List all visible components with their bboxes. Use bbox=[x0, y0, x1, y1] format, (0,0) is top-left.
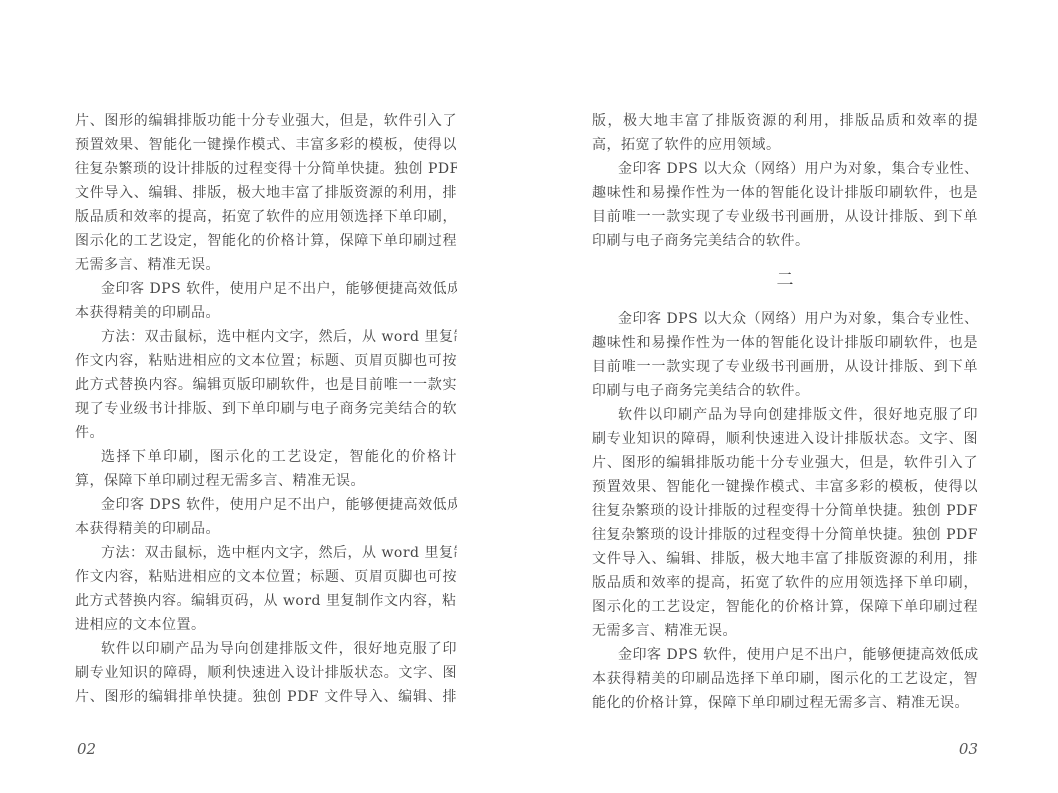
text-line: 往复杂繁琐的设计排版的过程变得十分简单快捷。独创 PDF bbox=[592, 523, 978, 547]
text-line: 无需多言、精准无误。 bbox=[75, 253, 457, 277]
text-line: 软件以印刷产品为导向创建排版文件，很好地克服了印 bbox=[592, 403, 978, 427]
text-line: 刷专业知识的障碍，顺利快速进入设计排版状态。文字、图 bbox=[75, 661, 457, 685]
text-line: 方法：双击鼠标，选中框内文字，然后，从 word 里复制 bbox=[75, 541, 457, 565]
text-line: 目前唯一一款实现了专业级书刊画册，从设计排版、到下单 bbox=[592, 205, 978, 229]
right-page-text-column: 版，极大地丰富了排版资源的利用，排版品质和效率的提 高，拓宽了软件的应用领域。 … bbox=[592, 109, 978, 715]
text-line: 选择下单印刷，图示化的工艺设定，智能化的价格计 bbox=[75, 445, 457, 469]
text-line: 刷专业知识的障碍，顺利快速进入设计排版状态。文字、图 bbox=[592, 427, 978, 451]
text-line: 预置效果、智能化一键操作模式、丰富多彩的模板，使得以 bbox=[75, 133, 457, 157]
text-line: 能化的价格计算，保障下单印刷过程无需多言、精准无误。 bbox=[592, 691, 978, 715]
text-line: 金印客 DPS 软件，使用户足不出户，能够便捷高效低成 bbox=[75, 493, 457, 517]
text-line: 片、图形的编辑排版功能十分专业强大，但是，软件引入了 bbox=[592, 451, 978, 475]
text-line: 预置效果、智能化一键操作模式、丰富多彩的模板，使得以 bbox=[592, 475, 978, 499]
text-line: 图示化的工艺设定，智能化的价格计算，保障下单印刷过程 bbox=[75, 229, 457, 253]
text-line: 片、图形的编辑排单快捷。独创 PDF 文件导入、编辑、排 bbox=[75, 685, 457, 709]
text-line: 往复杂繁琐的设计排版的过程变得十分简单快捷。独创 PDF bbox=[75, 157, 457, 181]
text-line: 趣味性和易操作性为一体的智能化设计排版印刷软件，也是 bbox=[592, 331, 978, 355]
text-line: 软件以印刷产品为导向创建排版文件，很好地克服了印 bbox=[75, 637, 457, 661]
text-line: 本获得精美的印刷品。 bbox=[75, 301, 457, 325]
text-line: 金印客 DPS 软件，使用户足不出户，能够便捷高效低成 bbox=[592, 643, 978, 667]
text-line: 算，保障下单印刷过程无需多言、精准无误。 bbox=[75, 469, 457, 493]
page-number-left: 02 bbox=[77, 740, 96, 758]
text-line: 作文内容，粘贴进相应的文本位置；标题、页眉页脚也可按 bbox=[75, 349, 457, 373]
text-line: 此方式替换内容。编辑页版印刷软件，也是目前唯一一款实 bbox=[75, 373, 457, 397]
text-line: 高，拓宽了软件的应用领域。 bbox=[592, 133, 978, 157]
text-line: 进相应的文本位置。 bbox=[75, 613, 457, 637]
text-line: 现了专业级书计排版、到下单印刷与电子商务完美结合的软 bbox=[75, 397, 457, 421]
text-line: 印刷与电子商务完美结合的软件。 bbox=[592, 229, 978, 253]
text-line: 片、图形的编辑排版功能十分专业强大，但是，软件引入了 bbox=[75, 109, 457, 133]
text-line: 目前唯一一款实现了专业级书刊画册，从设计排版、到下单 bbox=[592, 355, 978, 379]
text-line: 图示化的工艺设定，智能化的价格计算，保障下单印刷过程 bbox=[592, 595, 978, 619]
text-line: 本获得精美的印刷品选择下单印刷，图示化的工艺设定，智 bbox=[592, 667, 978, 691]
text-line: 版品质和效率的提高，拓宽了软件的应用领选择下单印刷， bbox=[75, 205, 457, 229]
text-line: 作文内容，粘贴进相应的文本位置；标题、页眉页脚也可按 bbox=[75, 565, 457, 589]
left-page-text-column: 片、图形的编辑排版功能十分专业强大，但是，软件引入了 预置效果、智能化一键操作模… bbox=[75, 109, 457, 709]
page-number-right: 03 bbox=[592, 740, 978, 758]
book-spread: 片、图形的编辑排版功能十分专业强大，但是，软件引入了 预置效果、智能化一键操作模… bbox=[0, 0, 1058, 793]
text-line: 往复杂繁琐的设计排版的过程变得十分简单快捷。独创 PDF bbox=[592, 499, 978, 523]
text-line: 方法：双击鼠标，选中框内文字，然后，从 word 里复制 bbox=[75, 325, 457, 349]
text-line: 版品质和效率的提高，拓宽了软件的应用领选择下单印刷， bbox=[592, 571, 978, 595]
text-line: 文件导入、编辑、排版，极大地丰富了排版资源的利用，排 bbox=[592, 547, 978, 571]
text-line: 版，极大地丰富了排版资源的利用，排版品质和效率的提 bbox=[592, 109, 978, 133]
text-line: 金印客 DPS 软件，使用户足不出户，能够便捷高效低成 bbox=[75, 277, 457, 301]
text-line: 趣味性和易操作性为一体的智能化设计排版印刷软件，也是 bbox=[592, 181, 978, 205]
text-line: 件。 bbox=[75, 421, 457, 445]
text-line: 文件导入、编辑、排版，极大地丰富了排版资源的利用，排 bbox=[75, 181, 457, 205]
text-line: 本获得精美的印刷品。 bbox=[75, 517, 457, 541]
text-line: 金印客 DPS 以大众（网络）用户为对象，集合专业性、 bbox=[592, 307, 978, 331]
section-heading: 二 bbox=[592, 253, 978, 307]
text-line: 无需多言、精准无误。 bbox=[592, 619, 978, 643]
text-line: 印刷与电子商务完美结合的软件。 bbox=[592, 379, 978, 403]
text-line: 此方式替换内容。编辑页码，从 word 里复制作文内容，粘贴 bbox=[75, 589, 457, 613]
text-line: 金印客 DPS 以大众（网络）用户为对象，集合专业性、 bbox=[592, 157, 978, 181]
